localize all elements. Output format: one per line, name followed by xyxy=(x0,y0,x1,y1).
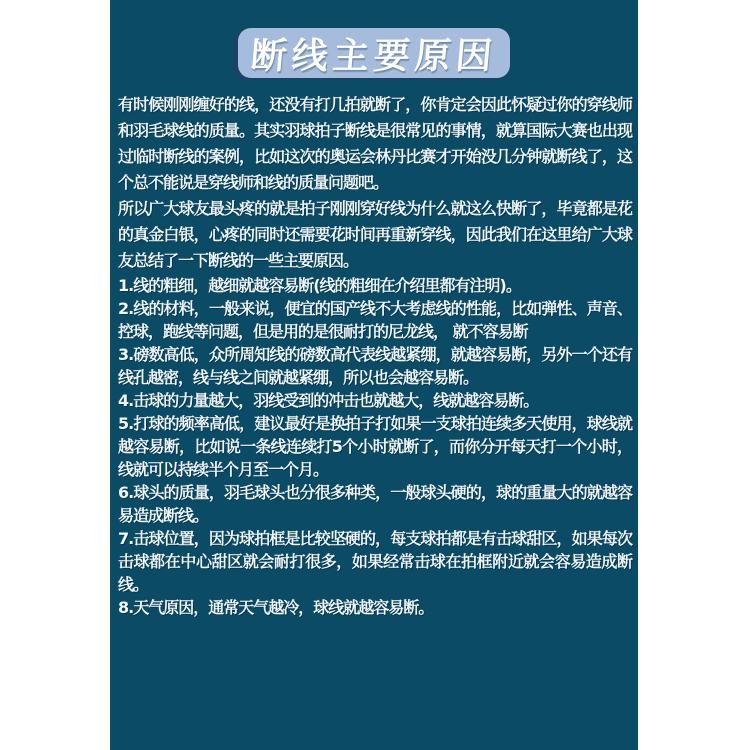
intro-paragraph-2: 所以广大球友最头疼的就是拍子刚刚穿好线为什么就这么快断了，毕竟都是花的真金白银，… xyxy=(118,196,632,274)
title-badge: 断线主要原因 xyxy=(238,28,510,78)
reason-item-5: 5.打球的频率高低，建议最好是换拍子打如果一支球拍连续多天使用，球线就越容易断，… xyxy=(118,412,632,481)
reason-item-1: 1.线的粗细，越细就越容易断(线的粗细在介绍里都有注明)。 xyxy=(118,274,632,297)
page-title: 断线主要原因 xyxy=(249,28,499,79)
reason-item-7: 7.击球位置，因为球拍框是比较坚硬的，每支球拍都是有击球甜区，如果每次击球都在中… xyxy=(118,527,632,596)
reason-item-8: 8.天气原因，通常天气越冷，球线就越容易断。 xyxy=(118,596,632,619)
poster-panel: 断线主要原因 有时候刚刚缠好的线，还没有打几拍就断了，你肯定会因此怀疑过你的穿线… xyxy=(110,0,638,750)
poster-body: 有时候刚刚缠好的线，还没有打几拍就断了，你肯定会因此怀疑过你的穿线师和羽毛球线的… xyxy=(118,92,632,619)
reason-item-6: 6.球头的质量，羽毛球头也分很多种类，一般球头硬的，球的重量大的就越容易造成断线… xyxy=(118,481,632,527)
intro-paragraph-1: 有时候刚刚缠好的线，还没有打几拍就断了，你肯定会因此怀疑过你的穿线师和羽毛球线的… xyxy=(118,92,632,196)
reason-item-2: 2.线的材料，一般来说，便宜的国产线不大考虑线的性能，比如弹性、声音、控球，跑线… xyxy=(118,297,632,343)
reason-item-4: 4.击球的力量越大，羽线受到的冲击也就越大，线就越容易断。 xyxy=(118,389,632,412)
reason-item-3: 3.磅数高低，众所周知线的磅数高代表线越紧绷，就越容易断，另外一个还有线孔越密，… xyxy=(118,343,632,389)
poster-page: 断线主要原因 有时候刚刚缠好的线，还没有打几拍就断了，你肯定会因此怀疑过你的穿线… xyxy=(0,0,750,750)
